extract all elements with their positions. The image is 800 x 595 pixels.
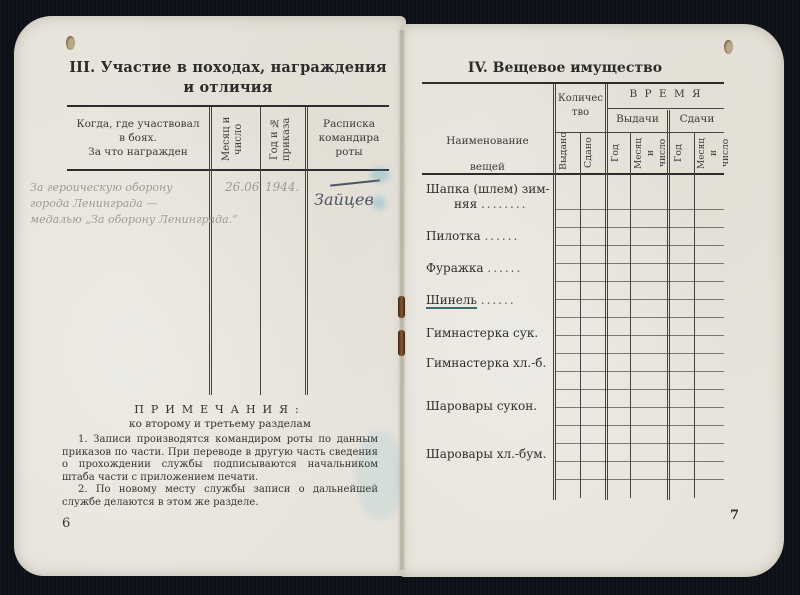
header-year-order: Год и № приказа (269, 111, 297, 167)
header-text: в боях. (67, 131, 209, 145)
header-issued: Выдано (558, 136, 578, 170)
header-text: роты (309, 145, 389, 159)
item-label: няя (454, 197, 477, 211)
staple (398, 296, 405, 318)
item-label: Шапка (шлем) зим- (426, 182, 550, 197)
header-text: Расписка (309, 117, 389, 131)
header-month-day: Месяц и число (221, 111, 249, 167)
header-bottom-rule (67, 169, 389, 171)
header-quantity: Количество (556, 92, 605, 120)
header-commander-receipt: Расписка командира роты (309, 117, 389, 159)
ink-stain (370, 168, 390, 182)
item-label: Шинель (426, 293, 477, 309)
notes-subtitle: ко второму и третьему разделам (60, 418, 380, 430)
right-section-title: IV. Вещевое имущество (440, 60, 690, 76)
item-winter-hat: Шапка (шлем) зим- няя ........ (426, 182, 550, 212)
header-return-date: Месяц и число (696, 136, 724, 170)
awards-table: Когда, где участвовал в боях. За что наг… (67, 105, 389, 395)
header-return: Сдачи (670, 112, 724, 126)
header-text: За что награжден (67, 145, 209, 159)
left-title-line2: и отличия (68, 78, 388, 98)
header-text: Когда, где участвовал (67, 117, 209, 131)
page-number-left: 6 (62, 516, 70, 531)
header-issue-year: Год (610, 136, 628, 170)
staple (398, 330, 405, 356)
header-time: В Р Е М Я (608, 87, 724, 101)
punch-hole-right (724, 40, 733, 54)
item-tunic-wool: Гимнастерка сук. (426, 326, 538, 341)
handwritten-year: 1944. (265, 180, 299, 195)
item-tunic-cotton: Гимнастерка хл.-б. (426, 356, 546, 371)
item-label: Пилотка (426, 229, 481, 243)
header-issue: Выдачи (608, 112, 667, 126)
left-section-title: III. Участие в походах, награждения и от… (68, 58, 388, 98)
notes-title: ПРИМЕЧАНИЯ: (60, 403, 380, 416)
item-garrison-cap: Пилотка ...... (426, 229, 519, 244)
header-text: командира (309, 131, 389, 145)
header-text: вещей (422, 154, 553, 180)
item-greatcoat: Шинель ...... (426, 293, 516, 308)
note-1: 1. Записи производятся командиром роты п… (62, 434, 378, 484)
item-trousers-cotton: Шаровары хл.-бум. (426, 447, 546, 462)
item-peaked-cap: Фуражка ...... (426, 261, 522, 276)
column-divider (209, 107, 212, 395)
header-rule (608, 108, 724, 109)
header-return-year: Год (673, 136, 691, 170)
table-top-rule (67, 105, 389, 107)
commander-signature: Зайцев (314, 192, 374, 207)
handwritten-award-line2: города Ленинграда — (30, 196, 157, 211)
dashed-entry-lines[interactable] (556, 192, 724, 492)
item-trousers-wool: Шаровары сукон. (426, 399, 537, 414)
leader-dots: ...... (481, 293, 516, 307)
handwritten-award-line1: За героическую оборону (30, 180, 173, 195)
header-returned: Сдано (583, 136, 603, 170)
column-divider (305, 107, 308, 395)
clothing-table: Наименование вещей Количество В Р Е М Я … (422, 82, 724, 502)
ink-stain (372, 196, 386, 210)
item-label: Фуражка (426, 261, 484, 275)
table-top-rule (422, 82, 724, 84)
leader-dots: ...... (484, 229, 519, 243)
leader-dots: ...... (487, 261, 522, 275)
page-number-right: 7 (730, 508, 739, 523)
header-when-where: Когда, где участвовал в боях. За что наг… (67, 117, 209, 159)
header-text: Наименование (422, 128, 553, 154)
handwritten-award-line3: медалью „За оборону Ленинграда.“ (30, 212, 238, 227)
punch-hole-left (66, 36, 75, 50)
header-rule (556, 132, 724, 133)
handwritten-month-day: 26.06 (225, 180, 259, 195)
note-2: 2. По новому месту службы записи о дальн… (62, 484, 378, 509)
left-title-line1: III. Участие в походах, награждения (68, 58, 388, 78)
column-divider (260, 107, 261, 395)
header-item-name: Наименование вещей (422, 128, 553, 180)
leader-dots: ........ (481, 197, 528, 211)
header-issue-date: Месяц и число (633, 136, 665, 170)
